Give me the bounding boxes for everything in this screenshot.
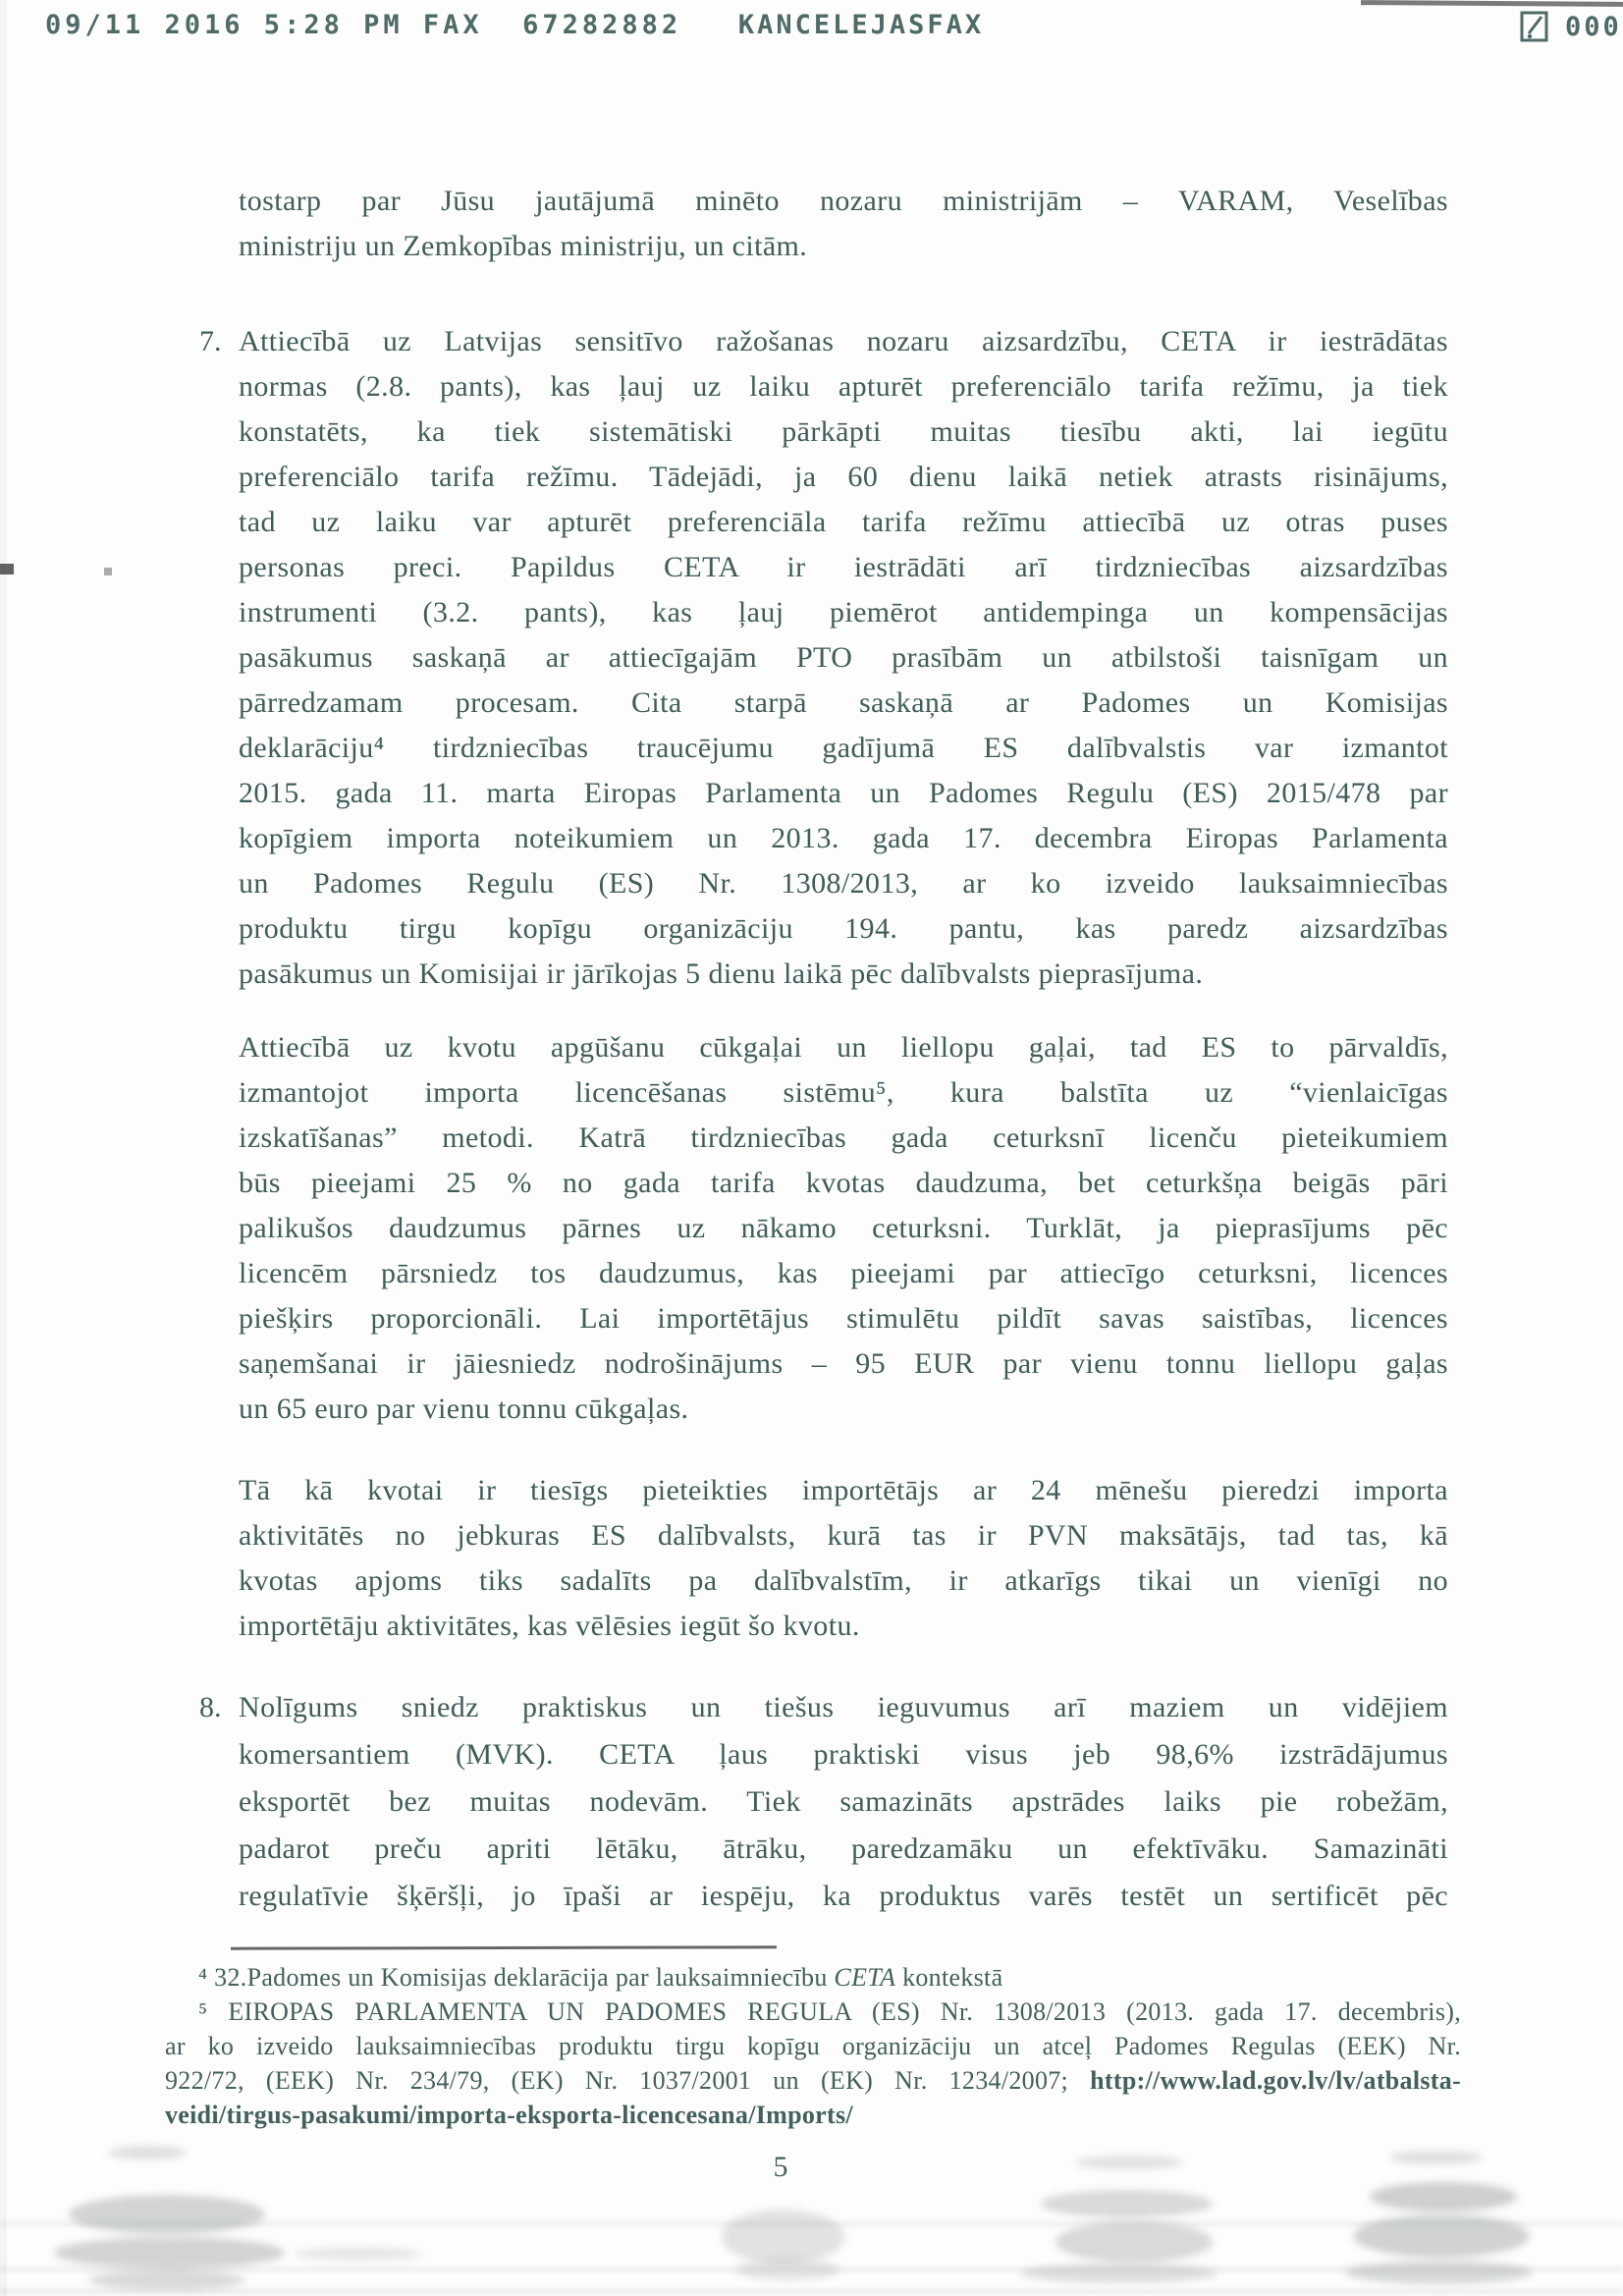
text-line: pasākumus un Komisijai ir jārīkojas 5 di…: [239, 952, 1448, 997]
scan-smudge: [54, 2237, 285, 2269]
text-line: konstatēts, ka tiek sistemātiski pārkāpt…: [239, 410, 1448, 455]
text-line: un Padomes Regulu (ES) Nr. 1308/2013, ar…: [239, 861, 1448, 906]
text-line: regulatīvie šķēršļi, jo īpaši ar iespēju…: [239, 1873, 1448, 1920]
scan-speck: [0, 564, 14, 574]
scan-top-right-artifact: [1361, 0, 1623, 7]
text-line: deklarāciju⁴ tirdzniecības traucējumu ga…: [239, 726, 1448, 771]
document-pen-icon: [1369, 10, 1549, 43]
scan-smudge: [1370, 2182, 1517, 2212]
text-line: produktu tirgu kopīgu organizāciju 194. …: [239, 906, 1448, 952]
text-line: importētāju aktivitātes, kas vēlēsies ie…: [239, 1604, 1448, 1649]
text-line: būs pieejami 25 % no gada tarifa kvotas …: [239, 1161, 1448, 1206]
text-line: personas preci. Papildus CETA ir iestrād…: [239, 545, 1448, 590]
scan-smudge: [1041, 2190, 1213, 2217]
quota-paragraph: Attiecībā uz kvotu apgūšanu cūkgaļai un …: [239, 1025, 1448, 1432]
text-line: licencēm pārsniedz tos daudzumus, kas pi…: [239, 1251, 1448, 1296]
fax-station-name: KANCELEJASFAX: [738, 10, 984, 40]
item-8-paragraph: Nolīgums sniedz praktiskus un tiešus ieg…: [239, 1684, 1448, 1920]
text-line: izmantojot importa licencēšanas sistēmu⁵…: [239, 1070, 1448, 1116]
footnote-5-line-1: ⁵ EIROPAS PARLAMENTA UN PADOMES REGULA (…: [165, 1995, 1463, 2029]
text-line: Nolīgums sniedz praktiskus un tiešus ieg…: [239, 1684, 1448, 1731]
text-line: preferenciālo tarifa režīmu. Tādejādi, j…: [239, 455, 1448, 500]
text-line: instrumenti (3.2. pants), kas ļauj piemē…: [239, 590, 1448, 635]
text-line: padarot preču apriti lētāku, ātrāku, par…: [239, 1826, 1448, 1873]
intro-paragraph: tostarp par Jūsu jautājumā minēto nozaru…: [239, 179, 1448, 269]
scan-smudge: [108, 2146, 187, 2159]
text-line: aktivitātēs no jebkuras ES dalībvalsts, …: [239, 1513, 1448, 1558]
page-number: 5: [746, 2151, 815, 2184]
text-line: 2015. gada 11. marta Eiropas Parlamenta …: [239, 771, 1448, 816]
text-line: eksportēt bez muitas nodevām. Tiek samaz…: [239, 1778, 1448, 1826]
footnote-5-line-3: 922/72, (EEK) Nr. 234/79, (EK) Nr. 1037/…: [165, 2063, 1463, 2098]
item-7-paragraph: Attiecībā uz Latvijas sensitīvo ražošana…: [239, 319, 1448, 997]
fax-page-counter: 0005/0006: [1565, 12, 1623, 42]
importers-paragraph: Tā kā kvotai ir tiesīgs pieteikties impo…: [239, 1468, 1448, 1649]
scan-smudge: [69, 2195, 265, 2234]
footnote-4-tail: kontekstā: [895, 1963, 1002, 1992]
text-line: pasākumus saskaņā ar attiecīgajām PTO pr…: [239, 635, 1448, 681]
text-line: kopīgiem importa noteikumiem un 2013. ga…: [239, 816, 1448, 861]
text-line: izskatīšanas” metodi. Katrā tirdzniecība…: [239, 1116, 1448, 1161]
footnote-4-text: ⁴ 32.Padomes un Komisijas deklarācija pa…: [198, 1963, 834, 1992]
scan-smudge: [88, 2270, 245, 2290]
scan-streak: [0, 2289, 1623, 2294]
text-line: normas (2.8. pants), kas ļauj uz laiku a…: [239, 364, 1448, 410]
text-line: palikušos daudzumus pārnes uz nākamo cet…: [239, 1206, 1448, 1251]
text-line: komersantiem (MVK). CETA ļaus praktiski …: [239, 1731, 1448, 1778]
footnote-4-ceta: CETA: [834, 1963, 895, 1992]
text-line: Tā kā kvotai ir tiesīgs pieteikties impo…: [239, 1468, 1448, 1513]
footnotes: ⁴ 32.Padomes un Komisijas deklarācija pa…: [165, 1960, 1463, 2132]
footnote-5-url-start: http://www.lad.gov.lv/lv/atbalsta-: [1090, 2066, 1461, 2095]
item-7-number: 7.: [199, 319, 237, 364]
scan-smudge: [295, 2247, 422, 2261]
text-line: tad uz laiku var apturēt preferenciāla t…: [239, 500, 1448, 545]
text-line: piešķirs proporcionāli. Lai importētājus…: [239, 1296, 1448, 1341]
item-8-number: 8.: [199, 1684, 237, 1731]
footnote-5-regulations: 922/72, (EEK) Nr. 234/79, (EK) Nr. 1037/…: [165, 2066, 1090, 2095]
footnote-separator: [231, 1945, 777, 1949]
scan-smudge: [1389, 2151, 1483, 2164]
scan-smudge: [722, 2210, 844, 2264]
fax-timestamp: 09/11 2016 5:28 PM FAX 67282882: [45, 10, 681, 40]
footnote-4: ⁴ 32.Padomes un Komisijas deklarācija pa…: [165, 1960, 1463, 1995]
footnote-5-line-2: ar ko izveido lauksaimniecības produktu …: [165, 2029, 1463, 2063]
scan-smudge: [1075, 2156, 1183, 2169]
scan-streak: [0, 2221, 1623, 2226]
scanned-fax-page: 09/11 2016 5:28 PM FAX 67282882 KANCELEJ…: [0, 0, 1623, 2296]
footnote-5-url-end: veidi/tirgus-pasakumi/importa-eksporta-l…: [165, 2098, 1463, 2132]
scan-streak: [0, 2267, 1623, 2272]
text-line: Attiecībā uz kvotu apgūšanu cūkgaļai un …: [239, 1025, 1448, 1070]
fax-header: 09/11 2016 5:28 PM FAX 67282882 KANCELEJ…: [0, 10, 1623, 49]
scan-smudge: [1345, 2261, 1532, 2284]
text-line: Attiecībā uz Latvijas sensitīvo ražošana…: [239, 319, 1448, 364]
text-line: saņemšanai ir jāiesniedz nodrošinājums –…: [239, 1341, 1448, 1387]
scan-smudge: [1055, 2221, 1213, 2263]
fax-page-counter-group: 0005/0006: [1369, 10, 1623, 43]
text-line: tostarp par Jūsu jautājumā minēto nozaru…: [239, 179, 1448, 224]
text-line: ministriju un Zemkopības ministriju, un …: [239, 224, 1448, 269]
text-line: pārredzamam procesam. Cita starpā saskaņ…: [239, 681, 1448, 726]
scan-speck: [104, 568, 112, 575]
text-line: kvotas apjoms tiks sadalīts pa dalībvals…: [239, 1558, 1448, 1604]
text-line: un 65 euro par vienu tonnu cūkgaļas.: [239, 1387, 1448, 1432]
scan-left-edge-artifact: [0, 0, 7, 2296]
